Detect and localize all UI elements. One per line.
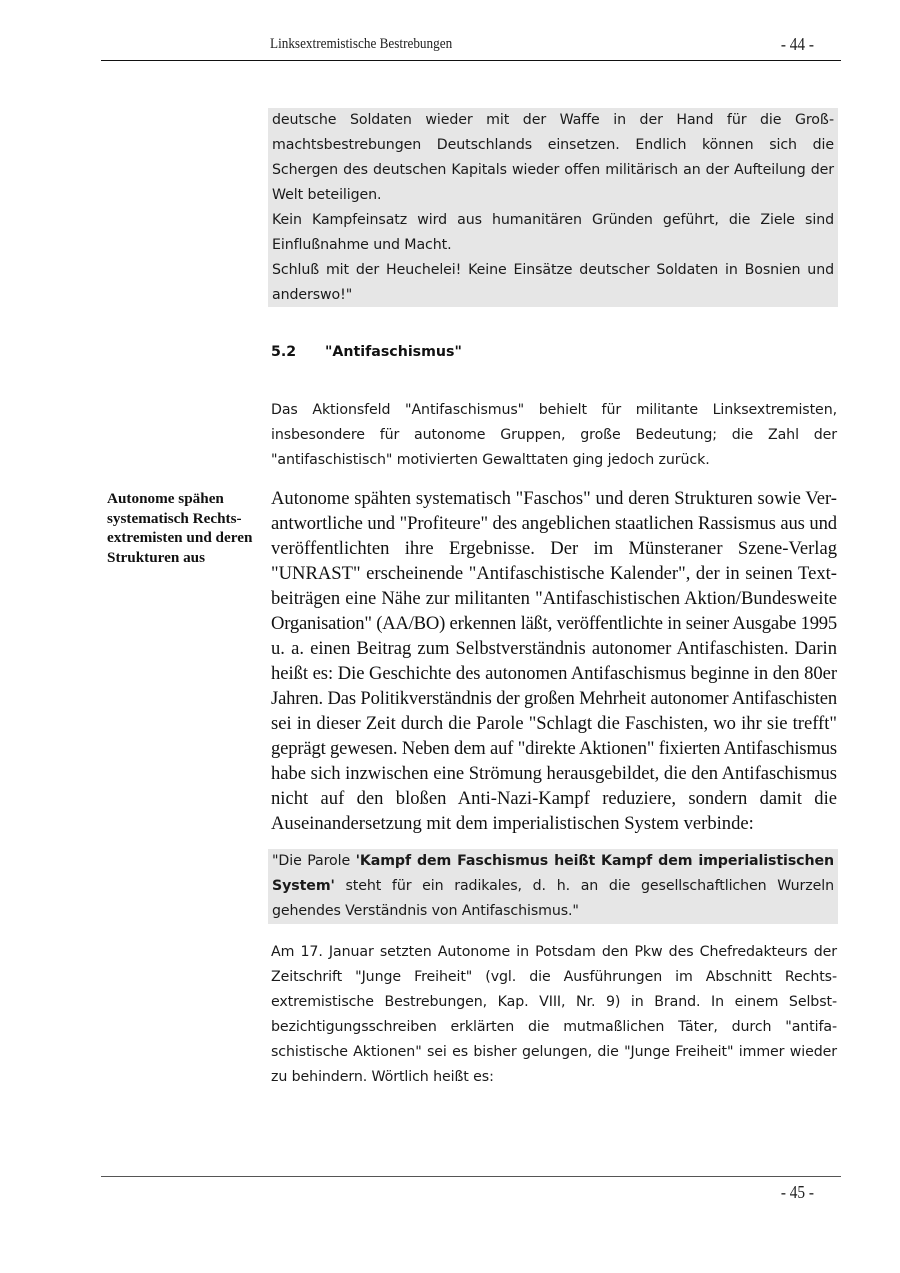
margin-note-line: extremisten und deren <box>107 528 267 548</box>
quote-middle-text: "Die Parole 'Kampf dem Faschismus heißt … <box>272 849 834 924</box>
main-paragraph: Autonome spähten systematisch "Faschos" … <box>271 486 837 836</box>
margin-note: Autonome spähen systematisch Rechts- ext… <box>107 489 267 567</box>
paragraph-line: nicht auf den bloßen Anti-Nazi-Kampf red… <box>271 786 837 811</box>
paragraph-line: "antifaschistisch" motivierten Gewalttat… <box>271 448 837 473</box>
paragraph-line: Autonome spähten systematisch "Faschos" … <box>271 486 837 511</box>
margin-note-line: systematisch Rechts- <box>107 509 267 529</box>
paragraph-line: Am 17. Januar setzten Autonome in Potsda… <box>271 940 837 965</box>
paragraph-line: geprägt gewesen. Neben dem auf "direkte … <box>271 736 837 761</box>
quote-line: deutsche Soldaten wieder mit der Waffe i… <box>272 108 834 133</box>
quote-box-middle: "Die Parole 'Kampf dem Faschismus heißt … <box>268 849 838 924</box>
quote-line: System' steht für ein radikales, d. h. a… <box>272 874 834 899</box>
paragraph-line: "UNRAST" erscheinende "Antifaschistische… <box>271 561 837 586</box>
document-page: Linksextremistische Bestrebungen - 44 - … <box>0 0 900 1273</box>
quote-line: Schluß mit der Heuchelei! Keine Einsätze… <box>272 258 834 283</box>
paragraph-line: Jahren. Das Politikverständnis der große… <box>271 686 837 711</box>
paragraph-line: sei in dieser Zeit durch die Parole "Sch… <box>271 711 837 736</box>
paragraph-line: Das Aktionsfeld "Antifaschismus" behielt… <box>271 398 837 423</box>
quote-emphasis: System' <box>272 878 335 894</box>
quote-line: machtsbestrebungen Deutschlands einsetze… <box>272 133 834 158</box>
quote-line: gehendes Verständnis von Antifaschismus.… <box>272 899 834 924</box>
paragraph-line: zu behindern. Wörtlich heißt es: <box>271 1065 837 1090</box>
quote-emphasis: 'Kampf dem Faschismus heißt Kampf dem im… <box>356 853 834 869</box>
paragraph-line: insbesondere für autonome Gruppen, große… <box>271 423 837 448</box>
paragraph-line: Auseinandersetzung mit dem imperialistis… <box>271 811 837 836</box>
paragraph-line: bezichtigungsschreiben erklärten die mut… <box>271 1015 837 1040</box>
footer-page-number: - 45 - <box>781 1182 814 1203</box>
paragraph-line: schistische Aktionen" sei es bisher gelu… <box>271 1040 837 1065</box>
header-page-number: - 44 - <box>781 34 814 55</box>
margin-note-line: Autonome spähen <box>107 489 267 509</box>
paragraph-line: Zeitschrift "Junge Freiheit" (vgl. die A… <box>271 965 837 990</box>
paragraph-line: heißt es: Die Geschichte des autonomen A… <box>271 661 837 686</box>
section-title: "Antifaschismus" <box>325 344 462 360</box>
quote-line: anderswo!" <box>272 283 834 308</box>
quote-line: "Die Parole 'Kampf dem Faschismus heißt … <box>272 849 834 874</box>
header-rule <box>101 60 841 61</box>
paragraph-line: Organisation" (AA/BO) erkennen läßt, ver… <box>271 611 837 636</box>
paragraph-line: u. a. einen Beitrag zum Selbstverständni… <box>271 636 837 661</box>
intro-paragraph: Das Aktionsfeld "Antifaschismus" behielt… <box>271 398 837 473</box>
quote-prefix: "Die Parole <box>272 853 356 869</box>
paragraph-line: beiträgen eine Nähe zur militanten "Anti… <box>271 586 837 611</box>
quote-line: Einflußnahme und Macht. <box>272 233 834 258</box>
quote-line: Welt beteiligen. <box>272 183 834 208</box>
quote-top-text: deutsche Soldaten wieder mit der Waffe i… <box>272 108 834 308</box>
paragraph-line: veröffentlichten ihre Ergebnisse. Der im… <box>271 536 837 561</box>
footer-rule <box>101 1176 841 1177</box>
paragraph-line: extremistische Bestrebungen, Kap. VIII, … <box>271 990 837 1015</box>
section-number: 5.2 <box>271 344 325 360</box>
section-heading: 5.2"Antifaschismus" <box>271 344 462 360</box>
paragraph-line: habe sich inzwischen eine Strömung herau… <box>271 761 837 786</box>
quote-line: Schergen des deutschen Kapitals wieder o… <box>272 158 834 183</box>
quote-rest: steht für ein radikales, d. h. an die ge… <box>335 878 834 894</box>
quote-line: Kein Kampfeinsatz wird aus humanitären G… <box>272 208 834 233</box>
running-header-title: Linksextremistische Bestrebungen <box>270 36 452 53</box>
quote-box-top: deutsche Soldaten wieder mit der Waffe i… <box>268 108 838 307</box>
paragraph-line: antwortliche und "Profiteure" des angebl… <box>271 511 837 536</box>
last-paragraph: Am 17. Januar setzten Autonome in Potsda… <box>271 940 837 1090</box>
margin-note-line: Strukturen aus <box>107 548 267 568</box>
